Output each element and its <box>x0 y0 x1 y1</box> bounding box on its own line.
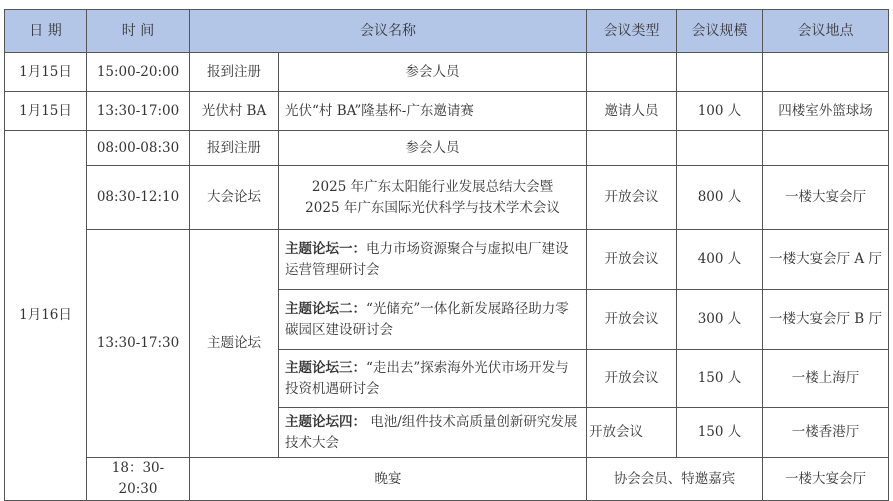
location-cell <box>763 53 889 92</box>
type-cell: 开放会议 <box>587 166 677 230</box>
category-cell: 光伏村 BA <box>190 92 279 131</box>
name-cell: 参会人员 <box>279 53 587 92</box>
scale-cell <box>677 53 763 92</box>
location-cell: 一楼上海厅 <box>763 350 889 408</box>
scale-cell: 400 人 <box>677 230 763 290</box>
scale-cell: 100 人 <box>677 92 763 131</box>
conference-schedule-table: 日 期 时 间 会议名称 会议类型 会议规模 会议地点 1月15日 15:00-… <box>4 9 889 496</box>
header-name: 会议名称 <box>190 10 587 53</box>
time-cell: 08:30-12:10 <box>87 166 190 230</box>
type-cell: 开放会议 <box>587 408 677 458</box>
time-cell: 15:00-20:00 <box>87 53 190 92</box>
name-cell: 参会人员 <box>279 131 587 166</box>
header-type: 会议类型 <box>587 10 677 53</box>
location-cell: 一楼大宴会厅 <box>763 458 889 497</box>
time-cell: 18：30-20:30 <box>87 458 190 497</box>
name-line-1: 2025 年广东太阳能行业发展总结大会暨 <box>285 177 580 198</box>
header-time: 时 间 <box>87 10 190 53</box>
table-row: 1月15日 13:30-17:00 光伏村 BA 光伏“村 BA”隆基杯-广东邀… <box>5 92 889 131</box>
table-row: 1月15日 15:00-20:00 报到注册 参会人员 <box>5 53 889 92</box>
forum-label: 主题论坛二： <box>285 301 366 317</box>
type-cell: 开放会议 <box>587 350 677 408</box>
type-cell <box>587 131 677 166</box>
name-cell: 光伏“村 BA”隆基杯-广东邀请赛 <box>279 92 587 131</box>
date-cell: 1月15日 <box>5 53 87 92</box>
location-cell: 一楼大宴会厅 B 厅 <box>763 290 889 350</box>
attendees-cell: 协会会员、特邀嘉宾 <box>587 458 763 497</box>
scale-cell: 150 人 <box>677 350 763 408</box>
category-cell: 报到注册 <box>190 53 279 92</box>
forum-name-cell: 主题论坛三：“走出去”探索海外光伏市场开发与投资机遇研讨会 <box>279 350 587 408</box>
forum-name-cell: 主题论坛一：电力市场资源聚合与虚拟电厂建设运营管理研讨会 <box>279 230 587 290</box>
location-cell: 一楼大宴会厅 A 厅 <box>763 230 889 290</box>
date-cell: 1月16日 <box>5 131 87 497</box>
table-row: 13:30-17:30 主题论坛 主题论坛一：电力市场资源聚合与虚拟电厂建设运营… <box>5 230 889 290</box>
scale-cell: 800 人 <box>677 166 763 230</box>
header-scale: 会议规模 <box>677 10 763 53</box>
name-cell: 晚宴 <box>190 458 587 497</box>
header-location: 会议地点 <box>763 10 889 53</box>
type-cell <box>587 53 677 92</box>
category-cell: 主题论坛 <box>190 230 279 458</box>
header-date: 日 期 <box>5 10 87 53</box>
scale-cell <box>677 131 763 166</box>
table-row: 1月16日 08:00-08:30 报到注册 参会人员 <box>5 131 889 166</box>
type-cell: 开放会议 <box>587 290 677 350</box>
table-row: 08:30-12:10 大会论坛 2025 年广东太阳能行业发展总结大会暨 20… <box>5 166 889 230</box>
location-cell: 一楼大宴会厅 <box>763 166 889 230</box>
forum-name-cell: 主题论坛四： 电池/组件技术高质量创新研究发展技术大会 <box>279 408 587 458</box>
category-cell: 大会论坛 <box>190 166 279 230</box>
forum-label: 主题论坛一： <box>285 241 366 257</box>
type-cell: 邀请人员 <box>587 92 677 131</box>
forum-label: 主题论坛三： <box>285 360 366 376</box>
location-cell: 一楼香港厅 <box>763 408 889 458</box>
name-line-2: 2025 年广东国际光伏科学与技术学术会议 <box>285 198 580 219</box>
time-cell: 13:30-17:00 <box>87 92 190 131</box>
forum-label: 主题论坛四： <box>285 414 366 430</box>
location-cell: 四楼室外篮球场 <box>763 92 889 131</box>
time-cell: 08:00-08:30 <box>87 131 190 166</box>
time-cell: 13:30-17:30 <box>87 230 190 458</box>
category-cell: 报到注册 <box>190 131 279 166</box>
location-cell <box>763 131 889 166</box>
scale-cell: 150 人 <box>677 408 763 458</box>
name-cell: 2025 年广东太阳能行业发展总结大会暨 2025 年广东国际光伏科学与技术学术… <box>279 166 587 230</box>
scale-cell: 300 人 <box>677 290 763 350</box>
table-row: 18：30-20:30 晚宴 协会会员、特邀嘉宾 一楼大宴会厅 <box>5 458 889 497</box>
forum-name-cell: 主题论坛二：“光储充”一体化新发展路径助力零碳园区建设研讨会 <box>279 290 587 350</box>
date-cell: 1月15日 <box>5 92 87 131</box>
type-cell: 开放会议 <box>587 230 677 290</box>
header-row: 日 期 时 间 会议名称 会议类型 会议规模 会议地点 <box>5 10 889 53</box>
